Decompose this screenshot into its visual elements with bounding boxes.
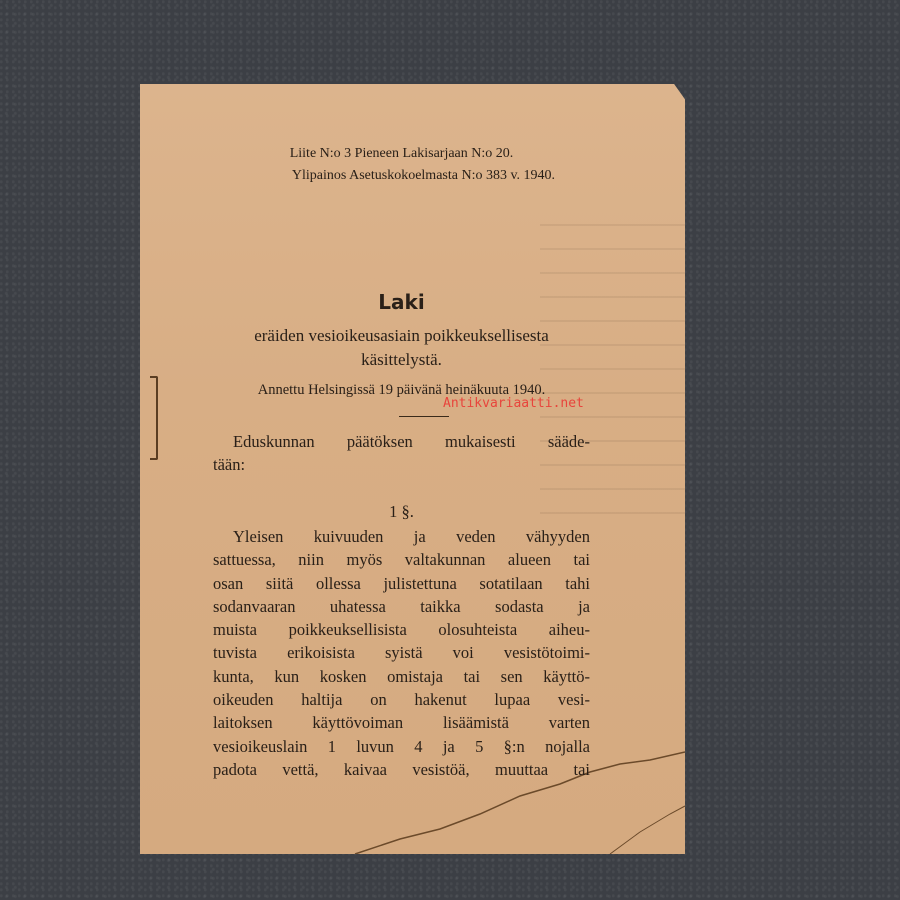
document-page: Liite N:o 3 Pieneen Lakisarjaan N:o 20. …	[140, 84, 685, 854]
section-heading: 1 §.	[213, 502, 590, 522]
paragraph-line: Yleisen kuivuuden ja veden vähyyden	[213, 525, 590, 548]
section-1-paragraph: Yleisen kuivuuden ja veden vähyyden satt…	[213, 525, 590, 781]
subtitle-line-2: käsittelystä.	[213, 348, 590, 372]
staple	[150, 376, 158, 460]
paragraph-line: oikeuden haltija on hakenut lupaa vesi-	[213, 688, 590, 711]
watermark: Antikvariaatti.net	[443, 396, 584, 411]
preamble-line-2: tään:	[213, 453, 590, 476]
document-subtitle: eräiden vesioikeusasiain poikkeuksellise…	[213, 324, 590, 372]
paragraph-line: osan siitä ollessa julistettuna sotatila…	[213, 572, 590, 595]
paragraph-line: sattuessa, niin myös valtakunnan alueen …	[213, 548, 590, 571]
paragraph-line: tuvista erikoisista syistä voi vesistöto…	[213, 641, 590, 664]
preamble: Eduskunnan päätöksen mukaisesti sääde- t…	[213, 430, 590, 477]
paragraph-line: padota vettä, kaivaa vesistöä, muuttaa t…	[213, 758, 590, 781]
header-line-2: Ylipainos Asetuskokoelmasta N:o 383 v. 1…	[235, 168, 612, 184]
preamble-line-1: Eduskunnan päätöksen mukaisesti sääde-	[213, 430, 590, 453]
paragraph-line: laitoksen käyttövoiman lisäämistä varten	[213, 711, 590, 734]
paragraph-line: vesioikeuslain 1 luvun 4 ja 5 §:n nojall…	[213, 735, 590, 758]
header-line-1: Liite N:o 3 Pieneen Lakisarjaan N:o 20.	[213, 146, 590, 162]
document-title: Laki	[213, 290, 590, 314]
bleed-through-text	[540, 224, 740, 524]
paragraph-line: muista poikkeuksellisista olosuhteista a…	[213, 618, 590, 641]
subtitle-line-1: eräiden vesioikeusasiain poikkeuksellise…	[213, 324, 590, 348]
paragraph-line: sodanvaaran uhatessa taikka sodasta ja	[213, 595, 590, 618]
divider	[399, 416, 449, 417]
paragraph-line: kunta, kun kosken omistaja tai sen käytt…	[213, 665, 590, 688]
